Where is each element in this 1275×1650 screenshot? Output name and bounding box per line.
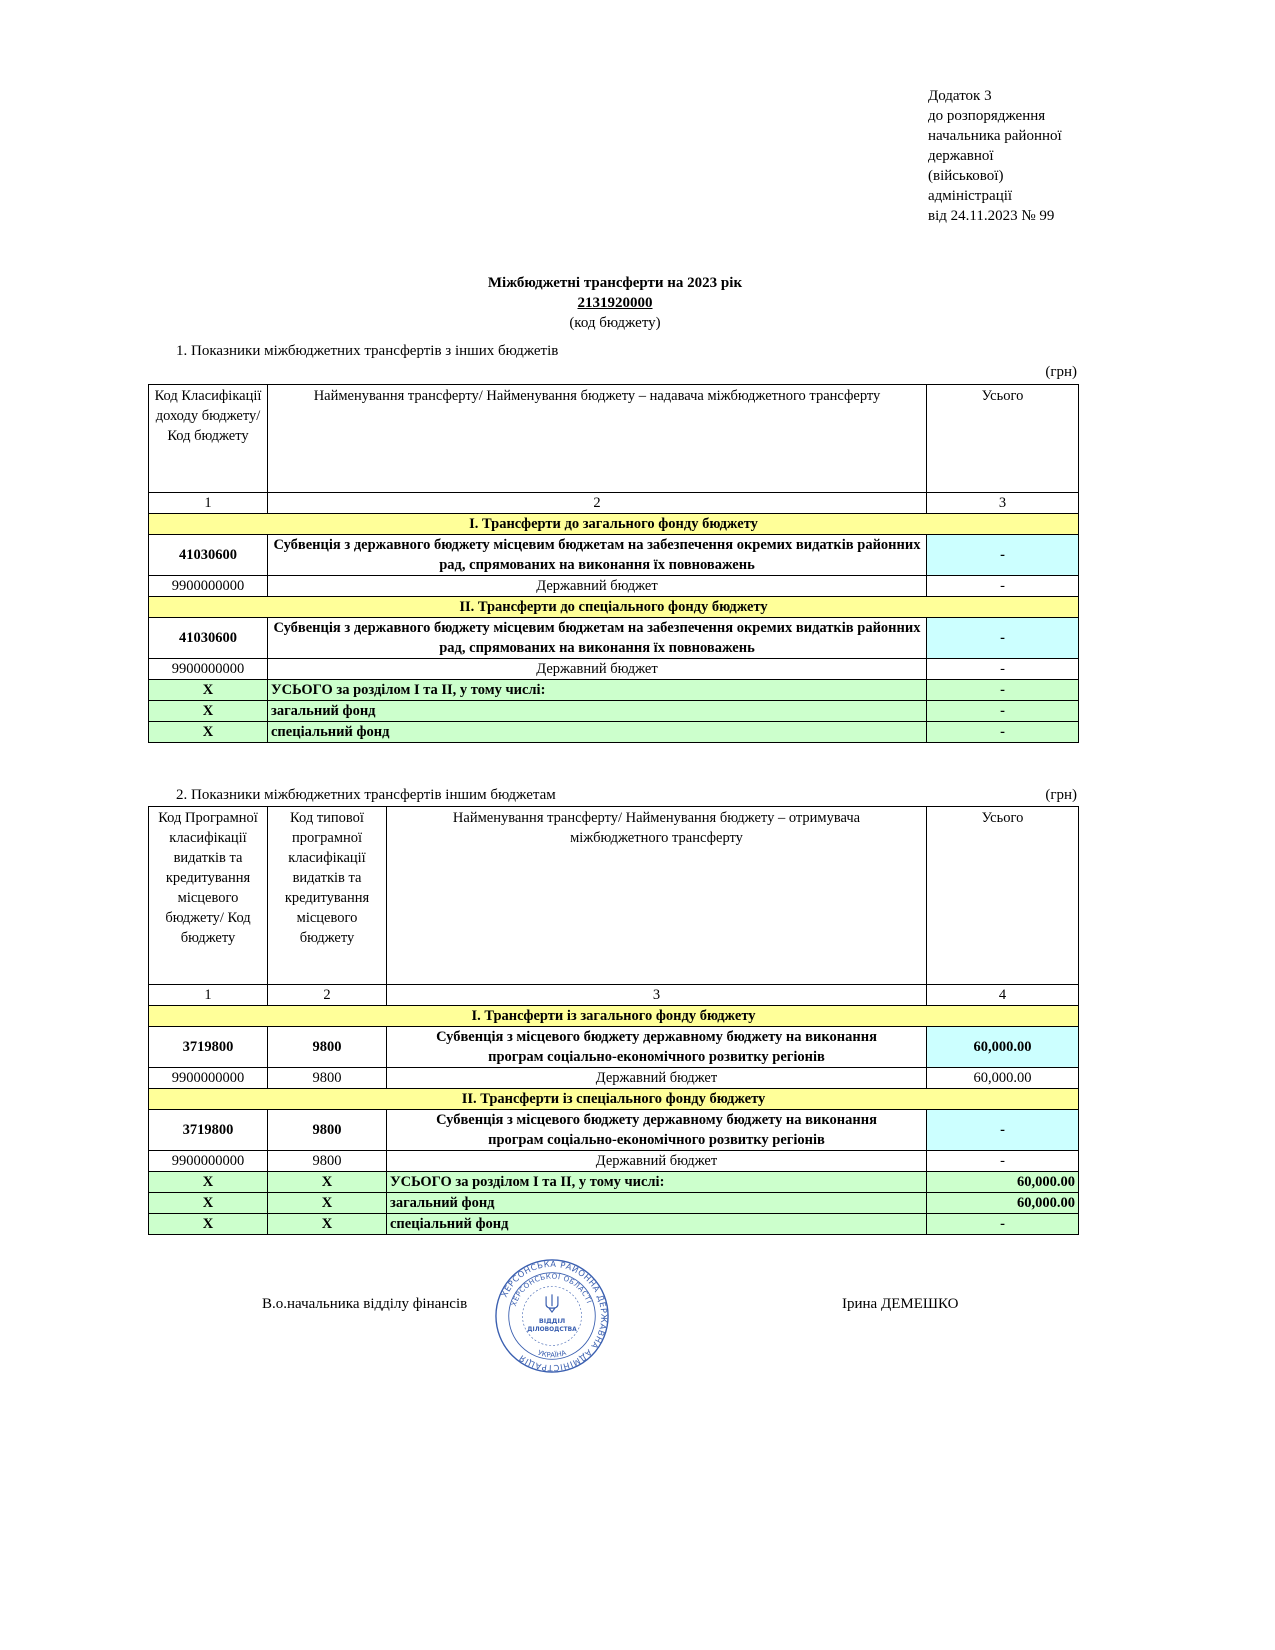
section-title: І. Трансферти до загального фонду бюджет…: [149, 514, 1079, 535]
total-value: -: [927, 680, 1079, 701]
budget-name: Державний бюджет: [387, 1151, 927, 1172]
column-number: 1: [149, 493, 268, 514]
table1-unit: (грн): [1045, 362, 1077, 382]
total-label: УСЬОГО за розділом І та ІІ, у тому числі…: [268, 680, 927, 701]
total-code: X: [149, 1172, 268, 1193]
annex-line: (військової): [928, 166, 1108, 186]
column-number: 2: [268, 985, 387, 1006]
total-row: X спеціальний фонд -: [149, 722, 1079, 743]
table1-caption: 1. Показники міжбюджетних трансфертів з …: [176, 341, 558, 361]
table2-unit: (грн): [1045, 785, 1077, 805]
table-row: 9900000000 9800 Державний бюджет -: [149, 1151, 1079, 1172]
section-title: ІІ. Трансферти із спеціального фонду бюд…: [149, 1089, 1079, 1110]
total-row: X X УСЬОГО за розділом І та ІІ, у тому ч…: [149, 1172, 1079, 1193]
budget-code-cell: 9900000000: [149, 1068, 268, 1089]
transfer-name: Субвенція з місцевого бюджету державному…: [387, 1027, 927, 1068]
table-header-row: Код Класифікації доходу бюджету/ Код бюд…: [149, 385, 1079, 493]
typical-code: 9800: [268, 1068, 387, 1089]
transfer-name: Субвенція з місцевого бюджету державному…: [387, 1110, 927, 1151]
header-cell: Найменування трансферту/ Найменування бю…: [268, 385, 927, 493]
annex-line: до розпорядження: [928, 106, 1108, 126]
total-row: X X спеціальний фонд -: [149, 1214, 1079, 1235]
section-row: ІІ. Трансферти до спеціального фонду бюд…: [149, 597, 1079, 618]
total-typical-code: X: [268, 1214, 387, 1235]
income-code: 41030600: [149, 535, 268, 576]
section-row: ІІ. Трансферти із спеціального фонду бюд…: [149, 1089, 1079, 1110]
total-value: 60,000.00: [927, 1193, 1079, 1214]
total-value: 60,000.00: [927, 1172, 1079, 1193]
transfer-name: Субвенція з державного бюджету місцевим …: [268, 618, 927, 659]
section-title: І. Трансферти із загального фонду бюджет…: [149, 1006, 1079, 1027]
signer-name: Ірина ДЕМЕШКО: [842, 1294, 958, 1314]
program-code: 3719800: [149, 1110, 268, 1151]
signer-position: В.о.начальника відділу фінансів: [262, 1294, 467, 1314]
total-value: -: [927, 1214, 1079, 1235]
header-cell: Усього: [927, 807, 1079, 985]
transfer-total: 60,000.00: [927, 1027, 1079, 1068]
typical-code: 9800: [268, 1110, 387, 1151]
total-value: -: [927, 701, 1079, 722]
table-outgoing-transfers: Код Програмної класифікації видатків та …: [148, 806, 1079, 1235]
budget-total: -: [927, 659, 1079, 680]
total-typical-code: X: [268, 1172, 387, 1193]
total-code: X: [149, 722, 268, 743]
total-row: X X загальний фонд 60,000.00: [149, 1193, 1079, 1214]
column-number: 2: [268, 493, 927, 514]
total-label: УСЬОГО за розділом І та ІІ, у тому числі…: [387, 1172, 927, 1193]
table2-caption: 2. Показники міжбюджетних трансфертів ін…: [176, 785, 556, 805]
official-stamp-icon: ХЕРСОНСЬКА РАЙОННА ДЕРЖАВНА АДМІНІСТРАЦІ…: [493, 1257, 611, 1375]
annex-line: начальника районної: [928, 126, 1108, 146]
typical-code: 9800: [268, 1027, 387, 1068]
total-code: X: [149, 1193, 268, 1214]
annex-line: адміністрації: [928, 186, 1108, 206]
header-cell: Код типової програмної класифікації вида…: [268, 807, 387, 985]
table-row: 41030600 Субвенція з державного бюджету …: [149, 618, 1079, 659]
table-row: 9900000000 9800 Державний бюджет 60,000.…: [149, 1068, 1079, 1089]
budget-name: Державний бюджет: [268, 576, 927, 597]
svg-text:ДІЛОВОДСТВА: ДІЛОВОДСТВА: [527, 1327, 577, 1333]
column-number: 4: [927, 985, 1079, 1006]
annex-line: від 24.11.2023 № 99: [928, 206, 1108, 226]
total-label: спеціальний фонд: [387, 1214, 927, 1235]
transfer-name: Субвенція з державного бюджету місцевим …: [268, 535, 927, 576]
transfer-total: -: [927, 535, 1079, 576]
header-cell: Код Класифікації доходу бюджету/ Код бюд…: [149, 385, 268, 493]
budget-code-cell: 9900000000: [149, 576, 268, 597]
total-label: загальний фонд: [268, 701, 927, 722]
budget-code-cell: 9900000000: [149, 659, 268, 680]
column-number: 3: [387, 985, 927, 1006]
typical-code: 9800: [268, 1151, 387, 1172]
svg-text:УКРАЇНА: УКРАЇНА: [537, 1349, 568, 1360]
total-value: -: [927, 722, 1079, 743]
table-header-row: Код Програмної класифікації видатків та …: [149, 807, 1079, 985]
income-code: 41030600: [149, 618, 268, 659]
transfer-total: -: [927, 1110, 1079, 1151]
header-cell: Код Програмної класифікації видатків та …: [149, 807, 268, 985]
table-row: 9900000000 Державний бюджет -: [149, 659, 1079, 680]
column-number-row: 1 2 3 4: [149, 985, 1079, 1006]
budget-code-label: (код бюджету): [0, 313, 1230, 333]
column-number: 3: [927, 493, 1079, 514]
total-typical-code: X: [268, 1193, 387, 1214]
budget-code-cell: 9900000000: [149, 1151, 268, 1172]
column-number-row: 1 2 3: [149, 493, 1079, 514]
table-row: 3719800 9800 Субвенція з місцевого бюдже…: [149, 1027, 1079, 1068]
budget-total: -: [927, 1151, 1079, 1172]
annex-line: державної: [928, 146, 1108, 166]
header-cell: Найменування трансферту/ Найменування бю…: [387, 807, 927, 985]
budget-total: -: [927, 576, 1079, 597]
section-title: ІІ. Трансферти до спеціального фонду бюд…: [149, 597, 1079, 618]
column-number: 1: [149, 985, 268, 1006]
total-row: X УСЬОГО за розділом І та ІІ, у тому чис…: [149, 680, 1079, 701]
total-row: X загальний фонд -: [149, 701, 1079, 722]
table-row: 41030600 Субвенція з державного бюджету …: [149, 535, 1079, 576]
table-row: 9900000000 Державний бюджет -: [149, 576, 1079, 597]
budget-name: Державний бюджет: [268, 659, 927, 680]
section-row: І. Трансферти із загального фонду бюджет…: [149, 1006, 1079, 1027]
total-label: спеціальний фонд: [268, 722, 927, 743]
annex-line: Додаток 3: [928, 86, 1108, 106]
annex-block: Додаток 3 до розпорядження начальника ра…: [928, 86, 1108, 226]
total-code: X: [149, 701, 268, 722]
budget-code: 2131920000: [0, 293, 1230, 313]
total-code: X: [149, 680, 268, 701]
section-row: І. Трансферти до загального фонду бюджет…: [149, 514, 1079, 535]
header-cell: Усього: [927, 385, 1079, 493]
svg-text:ВІДДІЛ: ВІДДІЛ: [539, 1317, 565, 1325]
title-block: Міжбюджетні трансферти на 2023 рік 21319…: [0, 273, 1230, 333]
transfer-total: -: [927, 618, 1079, 659]
table-incoming-transfers: Код Класифікації доходу бюджету/ Код бюд…: [148, 384, 1079, 743]
table-row: 3719800 9800 Субвенція з місцевого бюдже…: [149, 1110, 1079, 1151]
program-code: 3719800: [149, 1027, 268, 1068]
budget-name: Державний бюджет: [387, 1068, 927, 1089]
budget-total: 60,000.00: [927, 1068, 1079, 1089]
total-label: загальний фонд: [387, 1193, 927, 1214]
total-code: X: [149, 1214, 268, 1235]
page-title: Міжбюджетні трансферти на 2023 рік: [0, 273, 1230, 293]
